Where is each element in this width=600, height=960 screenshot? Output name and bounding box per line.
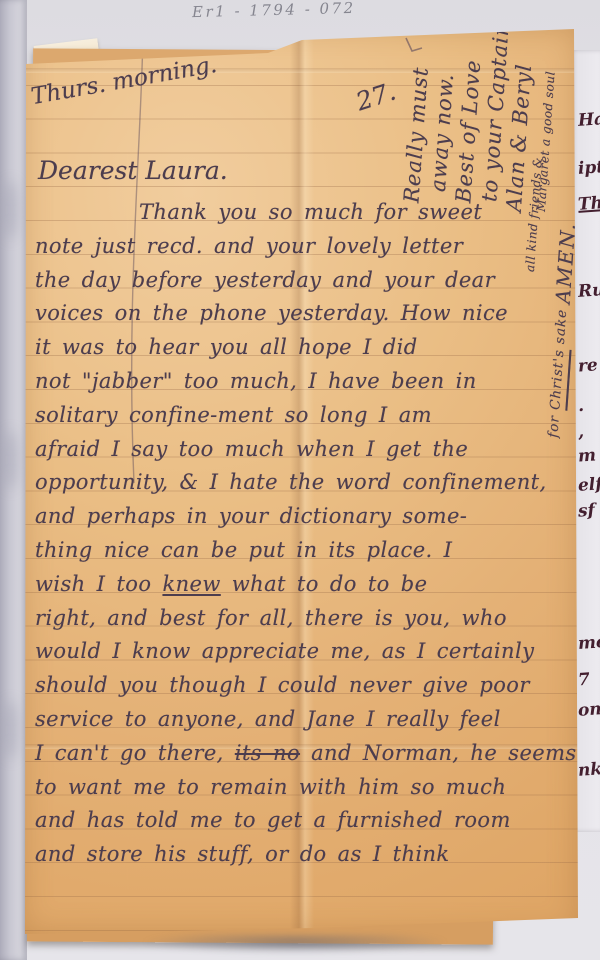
ink-fragment: nk (577, 761, 600, 780)
body-line: it was to hear you all hope I did (35, 331, 569, 365)
ink-fragment: m (577, 447, 596, 465)
paper-smudge (4, 700, 18, 760)
body-line: and perhaps in your dictionary some- (35, 500, 569, 534)
body-line: right, and best for all, there is you, w… (35, 602, 569, 636)
struck-out-words: its no (235, 741, 300, 765)
ink-fragment: Th (577, 195, 600, 214)
underlined-word: Christ's (547, 349, 567, 411)
margin-note: Margaret a good soul (535, 35, 560, 212)
body-line: wish I too knew what to do to be (35, 568, 569, 602)
body-line: afraid I say too much when I get the (35, 433, 569, 467)
ink-fragment: 7 (577, 672, 590, 690)
body-line: service to anyone, and Jane I really fee… (35, 703, 569, 737)
ink-fragment: Ha (577, 111, 600, 130)
body-line: voices on the phone yesterday. How nice (35, 297, 569, 331)
letter-page: Thurs. morning. 27. Dearest Laura. Thank… (22, 28, 578, 934)
ink-fragment: Ru (577, 282, 600, 301)
body-line: should you though I could never give poo… (35, 669, 569, 703)
ink-fragment: ipt (577, 159, 600, 178)
margin-edge-note-part: for (545, 409, 563, 438)
page-number: 27. (352, 77, 399, 117)
archive-label: Er1 - 1794 - 072 (192, 0, 356, 21)
underlined-word: knew (162, 572, 220, 596)
body-line: not "jabber" too much, I have been in (35, 365, 569, 399)
body-line: and store his stuff, or do as I think (35, 838, 569, 872)
ink-fragment: sf (577, 502, 595, 520)
body-line: solitary confine-ment so long I am (35, 399, 569, 433)
paper-smudge (4, 430, 18, 490)
body-line-text: wish I too (35, 572, 162, 596)
body-line: the day before yesterday and your dear (35, 264, 569, 298)
ink-fragment: on (577, 701, 600, 720)
body-line-text: what to do to be (221, 572, 428, 596)
ink-fragment: , (577, 424, 584, 441)
paper-smudge (4, 180, 18, 240)
body-line: and has told me to get a furnished room (35, 804, 569, 838)
body-line-text: and Norman, he seems (300, 741, 577, 765)
body-line: opportunity, & I hate the word confineme… (35, 466, 569, 500)
ink-fragment: mo (577, 634, 600, 653)
body-line: would I know appreciate me, as I certain… (35, 635, 569, 669)
margin-edge-note-part: sake (551, 303, 570, 350)
salutation: Dearest Laura. (38, 156, 228, 185)
body-line: I can't go there, its no and Norman, he … (35, 737, 569, 771)
ink-fragment: elf (577, 476, 600, 495)
body-line: note just recd. and your lovely letter (35, 230, 569, 264)
body-line-text: I can't go there, (35, 741, 235, 765)
body-line: to want me to remain with him so much (35, 771, 569, 805)
letter-scan: Ha ipt Th Ru re . , m elf sf mo 7 on nk … (0, 0, 600, 960)
ink-fragment: . (577, 398, 584, 415)
letter-body: Thank you so much for sweet note just re… (35, 196, 569, 872)
ink-fragment: re (577, 357, 598, 375)
left-sheet-edge (0, 0, 27, 960)
body-line: thing nice can be put in its place. I (35, 534, 569, 568)
page-shadow (140, 934, 450, 954)
